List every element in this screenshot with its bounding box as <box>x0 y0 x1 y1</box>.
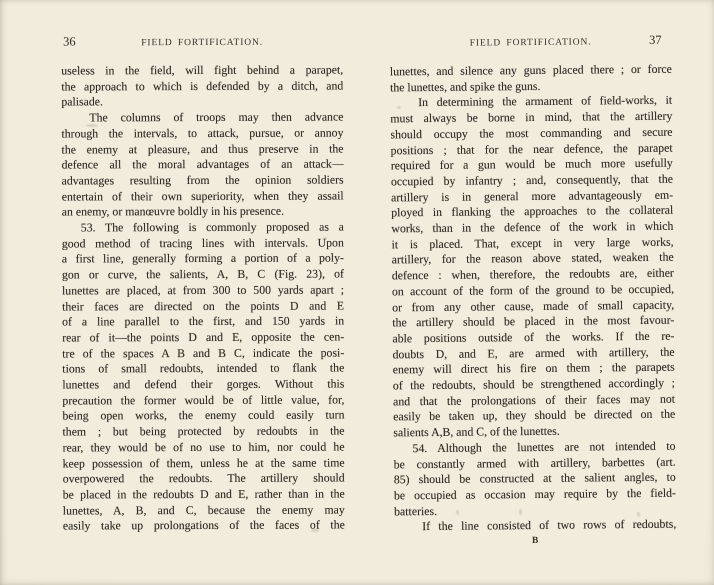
text-line: being open works, the enemy could easily… <box>62 408 344 425</box>
scan-speck <box>519 509 522 515</box>
text-line: easily be taken up, they should be direc… <box>393 407 675 425</box>
text-line: precaution the former would be of little… <box>62 392 344 409</box>
left-page-header: 36 FIELD FORTIFICATION. <box>61 36 343 51</box>
scan-speck <box>637 512 640 517</box>
right-page-number: 37 <box>649 33 662 48</box>
text-line: overpowered the redoubts. The artillery … <box>63 471 345 488</box>
text-line: keep possession of them, unless he at th… <box>63 455 345 472</box>
text-line: tions of small redoubts, intended to fla… <box>62 361 344 378</box>
text-line: lunettes and defend their gorges. Withou… <box>62 377 344 394</box>
text-line: 53. The following is commonly proposed a… <box>62 220 344 237</box>
scan-speck <box>456 510 459 515</box>
left-page: 36 FIELD FORTIFICATION. useless in the f… <box>61 36 345 535</box>
text-line: rear of it—the points D and E, opposite … <box>62 329 344 346</box>
right-page-header: FIELD FORTIFICATION. 37 <box>390 35 672 52</box>
text-line: through the intervals, to attack, pursue… <box>61 125 343 142</box>
left-page-body: useless in the field, will fight behind … <box>61 63 345 535</box>
text-line: tre of the spaces A B and B C, indicate … <box>62 345 344 362</box>
text-line: an enemy, or manœuvre boldly in his pres… <box>62 204 344 221</box>
text-line: easily take up prolongations of the face… <box>63 518 345 535</box>
text-line: The columns of troops may then advance <box>61 110 343 127</box>
scan-speck <box>323 237 327 240</box>
right-page-body: lunettes, and silence any guns placed th… <box>390 62 677 536</box>
text-line: lunettes, A, B, and C, because the enemy… <box>63 502 345 519</box>
text-line: gon or curve, the salients, A, B, C (Fig… <box>62 267 344 284</box>
book-scan-background: 36 FIELD FORTIFICATION. useless in the f… <box>0 0 714 585</box>
printer-signature-mark: B <box>394 535 676 548</box>
text-line: rear, they would be of no use to him, no… <box>63 439 345 456</box>
text-line: be placed in the redoubts D and E, rathe… <box>63 486 345 503</box>
text-line: good method of tracing lines with interv… <box>62 235 344 252</box>
text-line: the enemy at pleasure, and thus preserve… <box>61 141 343 158</box>
text-line: lunettes are placed, at from 300 to 500 … <box>62 282 344 299</box>
scan-speck <box>397 106 401 109</box>
right-running-title: FIELD FORTIFICATION. <box>390 37 672 50</box>
text-line: a first line, generally forming a portio… <box>62 251 344 268</box>
text-line: If the line consisted of two rows of red… <box>394 517 676 535</box>
text-line: be occupied as occasion may require by t… <box>394 486 676 504</box>
scan-speck <box>311 529 319 532</box>
left-running-title: FIELD FORTIFICATION. <box>61 38 343 49</box>
text-line: entertain of their own superiority, when… <box>62 188 344 205</box>
scan-speck <box>86 124 98 127</box>
right-page: FIELD FORTIFICATION. 37 lunettes, and si… <box>390 35 677 548</box>
text-line: palisade. <box>61 94 343 111</box>
text-line: them ; but being protected by redoubts i… <box>62 424 344 441</box>
text-line: the approach to which is defended by a d… <box>61 78 343 95</box>
text-line: lunettes, and silence any guns placed th… <box>390 62 672 80</box>
text-line: useless in the field, will fight behind … <box>61 63 343 80</box>
text-line: defence all the moral advantages of an a… <box>62 157 344 174</box>
text-line: their faces are directed on the points D… <box>62 298 344 315</box>
text-line: advantages resulting from the opinion so… <box>62 172 344 189</box>
text-line: of a line parallel to the first, and 150… <box>62 314 344 331</box>
